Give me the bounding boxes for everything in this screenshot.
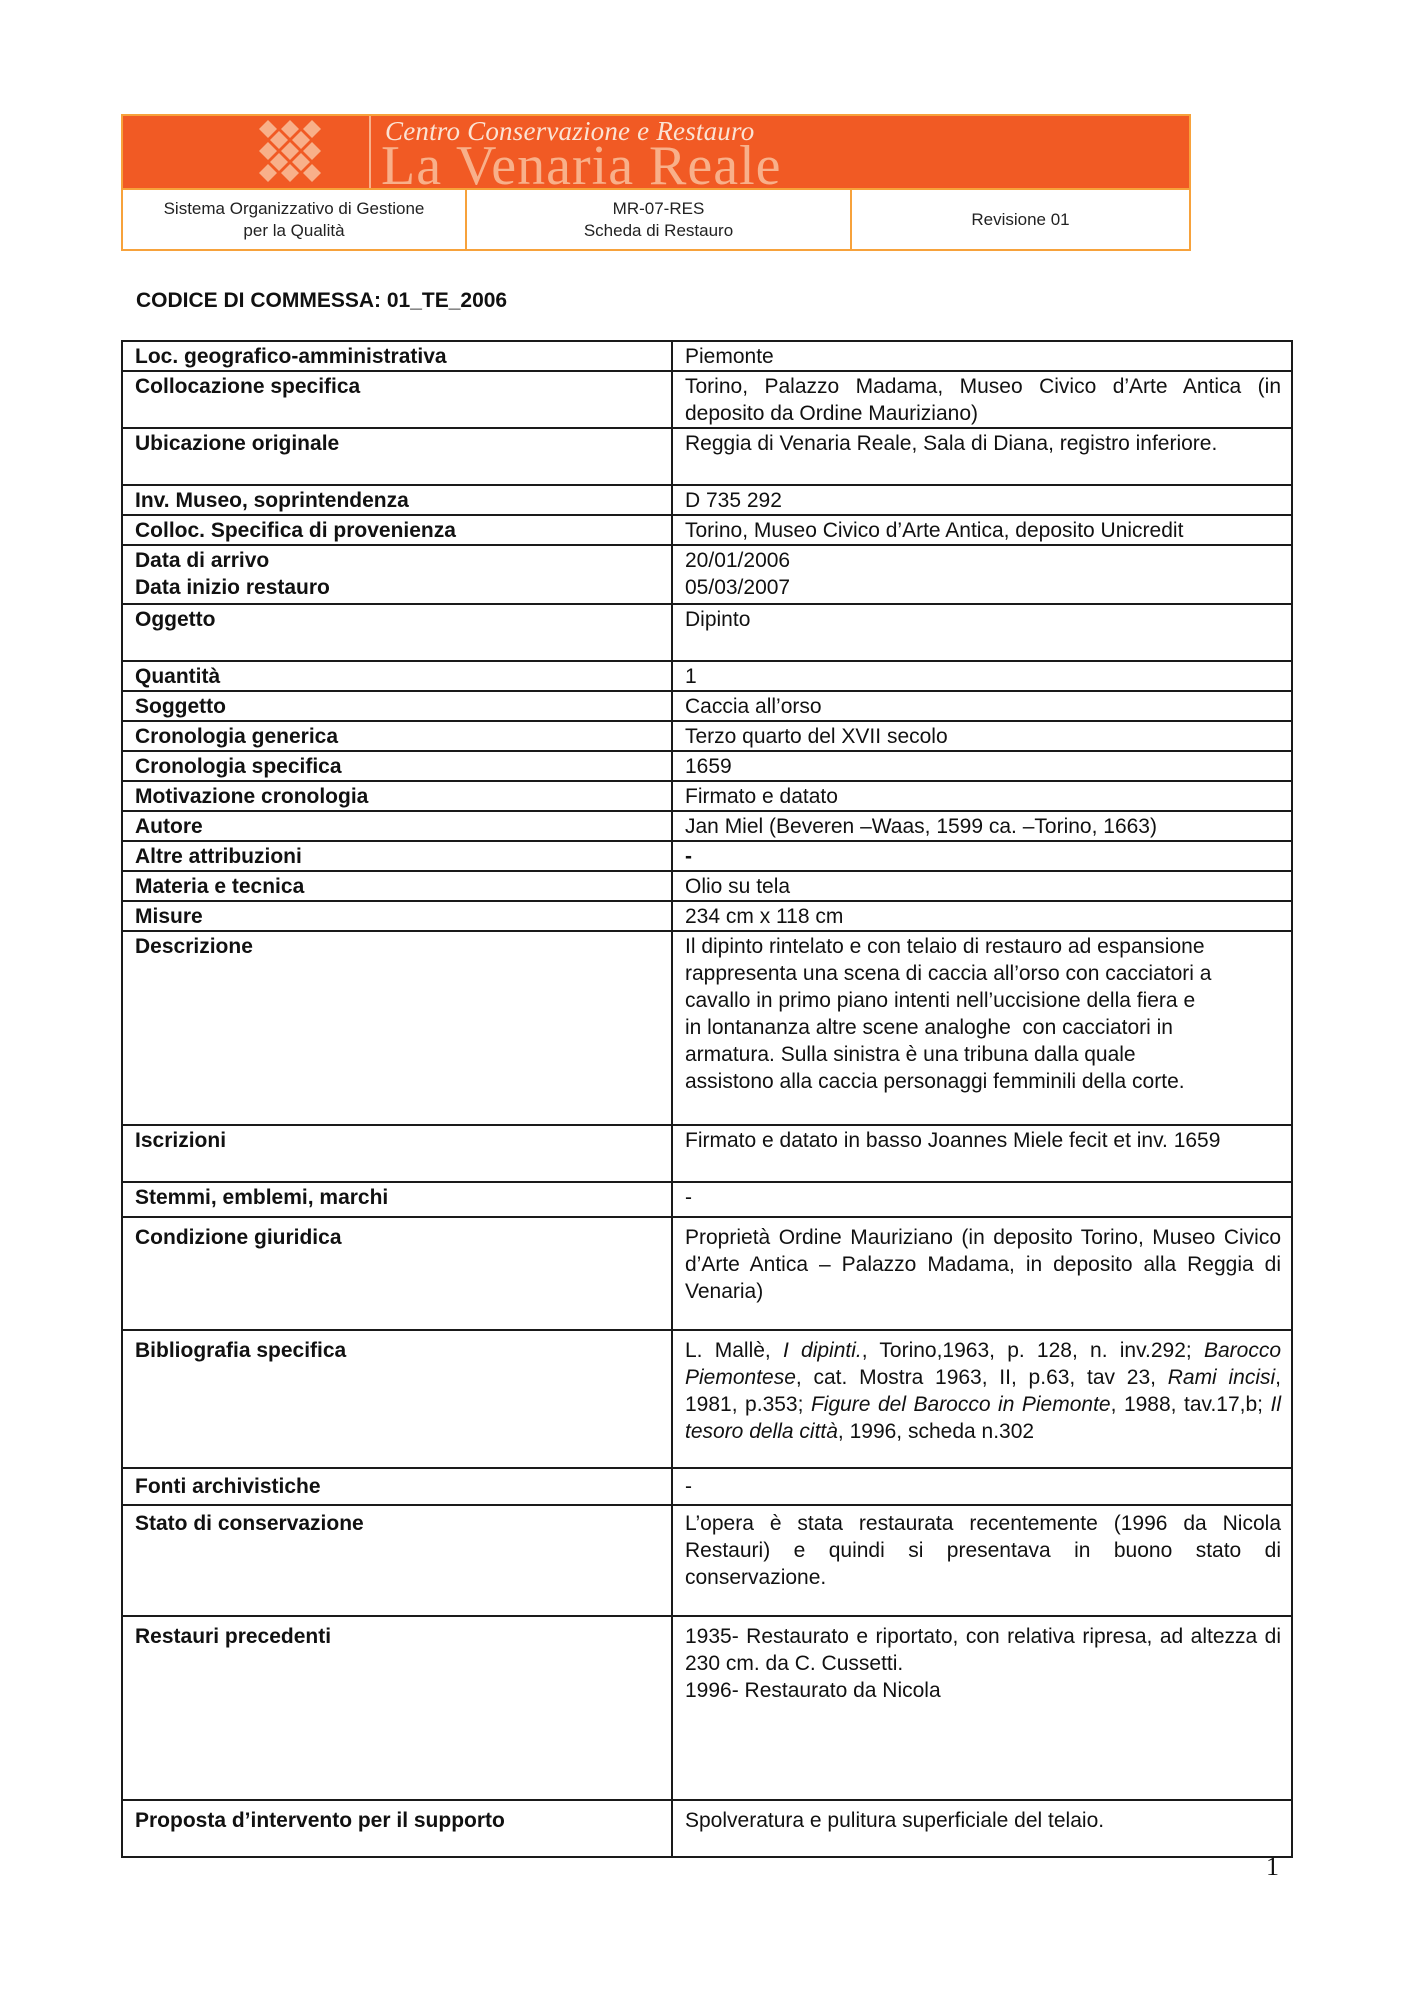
description-line: armatura. Sulla sinistra è una tribuna d… xyxy=(685,1041,1281,1068)
bibliography-title: Rami incisi xyxy=(1168,1366,1275,1389)
row-value: Piemonte xyxy=(672,341,1292,371)
row-label: Iscrizioni xyxy=(122,1125,672,1182)
table-row: Inv. Museo, soprintendenzaD 735 292 xyxy=(122,485,1292,515)
previous-restoration-1996: 1996- Restaurato da Nicola xyxy=(685,1677,1281,1704)
row-label: Proposta d’intervento per il supporto xyxy=(122,1800,672,1857)
table-row: Restauri precedenti 1935- Restaurato e r… xyxy=(122,1616,1292,1800)
table-row: SoggettoCaccia all’orso xyxy=(122,691,1292,721)
row-label: Soggetto xyxy=(122,691,672,721)
table-row: Motivazione cronologiaFirmato e datato xyxy=(122,781,1292,811)
table-row: Collocazione specificaTorino, Palazzo Ma… xyxy=(122,371,1292,428)
revision-label: Revisione 01 xyxy=(971,209,1069,231)
row-value: Terzo quarto del XVII secolo xyxy=(672,721,1292,751)
row-value: Firmato e datato in basso Joannes Miele … xyxy=(672,1125,1292,1182)
row-label: Cronologia specifica xyxy=(122,751,672,781)
row-value: - xyxy=(672,1468,1292,1505)
row-label: Quantità xyxy=(122,661,672,691)
row-label: Motivazione cronologia xyxy=(122,781,672,811)
table-row: Data di arrivoData inizio restauro 20/01… xyxy=(122,545,1292,604)
row-label: Restauri precedenti xyxy=(122,1616,672,1800)
table-row: Cronologia genericaTerzo quarto del XVII… xyxy=(122,721,1292,751)
row-label: Inv. Museo, soprintendenza xyxy=(122,485,672,515)
row-label: Autore xyxy=(122,811,672,841)
arrival-date-label: Data di arrivo xyxy=(135,547,661,574)
row-label: Cronologia generica xyxy=(122,721,672,751)
bibliography-text: , 1988, tav.17,b; xyxy=(1111,1393,1271,1416)
bibliography-value: L. Mallè, I dipinti., Torino,1963, p. 12… xyxy=(672,1330,1292,1468)
form-code-cell: MR-07-RESScheda di Restauro xyxy=(467,190,852,249)
restoration-start-date: 05/03/2007 xyxy=(685,574,1281,601)
brand-divider xyxy=(369,116,371,188)
table-row: Materia e tecnicaOlio su tela xyxy=(122,871,1292,901)
row-value: 1935- Restaurato e riportato, con relati… xyxy=(672,1616,1292,1800)
table-row: Misure234 cm x 118 cm xyxy=(122,901,1292,931)
description-line: cavallo in primo piano intenti nell’ucci… xyxy=(685,987,1281,1014)
diamond-grid-logo-icon xyxy=(257,118,323,186)
row-label: Data di arrivoData inizio restauro xyxy=(122,545,672,604)
row-value: Reggia di Venaria Reale, Sala di Diana, … xyxy=(672,428,1292,485)
table-row: Condizione giuridicaProprietà Ordine Mau… xyxy=(122,1217,1292,1330)
row-value: Il dipinto rintelato e con telaio di res… xyxy=(672,931,1292,1125)
brand-title: La Venaria Reale xyxy=(381,138,782,188)
row-value: L’opera è stata restaurata recentemente … xyxy=(672,1505,1292,1616)
table-row: Bibliografia specifica L. Mallè, I dipin… xyxy=(122,1330,1292,1468)
row-value: 20/01/200605/03/2007 xyxy=(672,545,1292,604)
row-value: 1659 xyxy=(672,751,1292,781)
row-value: Olio su tela xyxy=(672,871,1292,901)
row-label: Bibliografia specifica xyxy=(122,1330,672,1468)
bibliography-title: I dipinti. xyxy=(783,1339,862,1362)
page-number: 1 xyxy=(1266,1852,1279,1882)
row-label: Misure xyxy=(122,901,672,931)
row-value: Dipinto xyxy=(672,604,1292,661)
job-code-heading: CODICE DI COMMESSA: 01_TE_2006 xyxy=(136,289,507,313)
arrival-date: 20/01/2006 xyxy=(685,547,1281,574)
table-row: Fonti archivistiche- xyxy=(122,1468,1292,1505)
table-row: Colloc. Specifica di provenienzaTorino, … xyxy=(122,515,1292,545)
row-value: Torino, Museo Civico d’Arte Antica, depo… xyxy=(672,515,1292,545)
form-code: MR-07-RES xyxy=(613,199,705,218)
row-value: Torino, Palazzo Madama, Museo Civico d’A… xyxy=(672,371,1292,428)
row-label: Collocazione specifica xyxy=(122,371,672,428)
document-header: Centro Conservazione e Restauro La Venar… xyxy=(121,114,1191,251)
brand-banner: Centro Conservazione e Restauro La Venar… xyxy=(123,116,1189,188)
restoration-start-label: Data inizio restauro xyxy=(135,574,661,601)
table-row: Quantità1 xyxy=(122,661,1292,691)
row-value: Proprietà Ordine Mauriziano (in deposito… xyxy=(672,1217,1292,1330)
row-value: - xyxy=(672,841,1292,871)
table-row: Proposta d’intervento per il supportoSpo… xyxy=(122,1800,1292,1857)
table-row: Cronologia specifica1659 xyxy=(122,751,1292,781)
description-line: assistono alla caccia personaggi femmini… xyxy=(685,1068,1281,1095)
row-value: Caccia all’orso xyxy=(672,691,1292,721)
quality-system-cell: Sistema Organizzativo di Gestioneper la … xyxy=(123,190,467,249)
bibliography-text: , 1996, scheda n.302 xyxy=(838,1420,1034,1443)
row-label: Descrizione xyxy=(122,931,672,1125)
row-label: Condizione giuridica xyxy=(122,1217,672,1330)
table-row: Stemmi, emblemi, marchi- xyxy=(122,1182,1292,1217)
row-value: - xyxy=(672,1182,1292,1217)
table-row: Ubicazione originaleReggia di Venaria Re… xyxy=(122,428,1292,485)
table-row: Altre attribuzioni- xyxy=(122,841,1292,871)
description-line: Il dipinto rintelato e con telaio di res… xyxy=(685,933,1281,960)
bibliography-text: , cat. Mostra 1963, II, p.63, tav 23, xyxy=(796,1366,1168,1389)
row-value: Spolveratura e pulitura superficiale del… xyxy=(672,1800,1292,1857)
bibliography-title: Figure del Barocco in Piemonte xyxy=(811,1393,1111,1416)
row-value: Jan Miel (Beveren –Waas, 1599 ca. –Torin… xyxy=(672,811,1292,841)
table-row: Descrizione Il dipinto rintelato e con t… xyxy=(122,931,1292,1125)
restoration-sheet-table: Loc. geografico-amministrativaPiemonte C… xyxy=(121,340,1293,1858)
row-value: 234 cm x 118 cm xyxy=(672,901,1292,931)
table-row: AutoreJan Miel (Beveren –Waas, 1599 ca. … xyxy=(122,811,1292,841)
table-row: Stato di conservazioneL’opera è stata re… xyxy=(122,1505,1292,1616)
table-row: OggettoDipinto xyxy=(122,604,1292,661)
description-line: in lontananza altre scene analoghe con c… xyxy=(685,1014,1281,1041)
row-label: Stemmi, emblemi, marchi xyxy=(122,1182,672,1217)
revision-cell: Revisione 01 xyxy=(852,190,1189,249)
row-label: Fonti archivistiche xyxy=(122,1468,672,1505)
table-row: IscrizioniFirmato e datato in basso Joan… xyxy=(122,1125,1292,1182)
row-value: 1 xyxy=(672,661,1292,691)
bibliography-text: L. Mallè, xyxy=(685,1339,783,1362)
table-row: Loc. geografico-amministrativaPiemonte xyxy=(122,341,1292,371)
previous-restoration-1935: 1935- Restaurato e riportato, con relati… xyxy=(685,1623,1281,1677)
row-label: Loc. geografico-amministrativa xyxy=(122,341,672,371)
row-label: Colloc. Specifica di provenienza xyxy=(122,515,672,545)
row-label: Ubicazione originale xyxy=(122,428,672,485)
bibliography-text: , Torino,1963, p. 128, n. inv.292; xyxy=(862,1339,1204,1362)
row-label: Stato di conservazione xyxy=(122,1505,672,1616)
row-value: Firmato e datato xyxy=(672,781,1292,811)
quality-system-line-1: Sistema Organizzativo di Gestione xyxy=(164,199,425,218)
row-label: Oggetto xyxy=(122,604,672,661)
form-title: Scheda di Restauro xyxy=(584,221,733,240)
row-label: Materia e tecnica xyxy=(122,871,672,901)
description-line: rappresenta una scena di caccia all’orso… xyxy=(685,960,1281,987)
quality-system-line-2: per la Qualità xyxy=(243,221,344,240)
row-label: Altre attribuzioni xyxy=(122,841,672,871)
row-value: D 735 292 xyxy=(672,485,1292,515)
header-info-row: Sistema Organizzativo di Gestioneper la … xyxy=(123,188,1189,249)
